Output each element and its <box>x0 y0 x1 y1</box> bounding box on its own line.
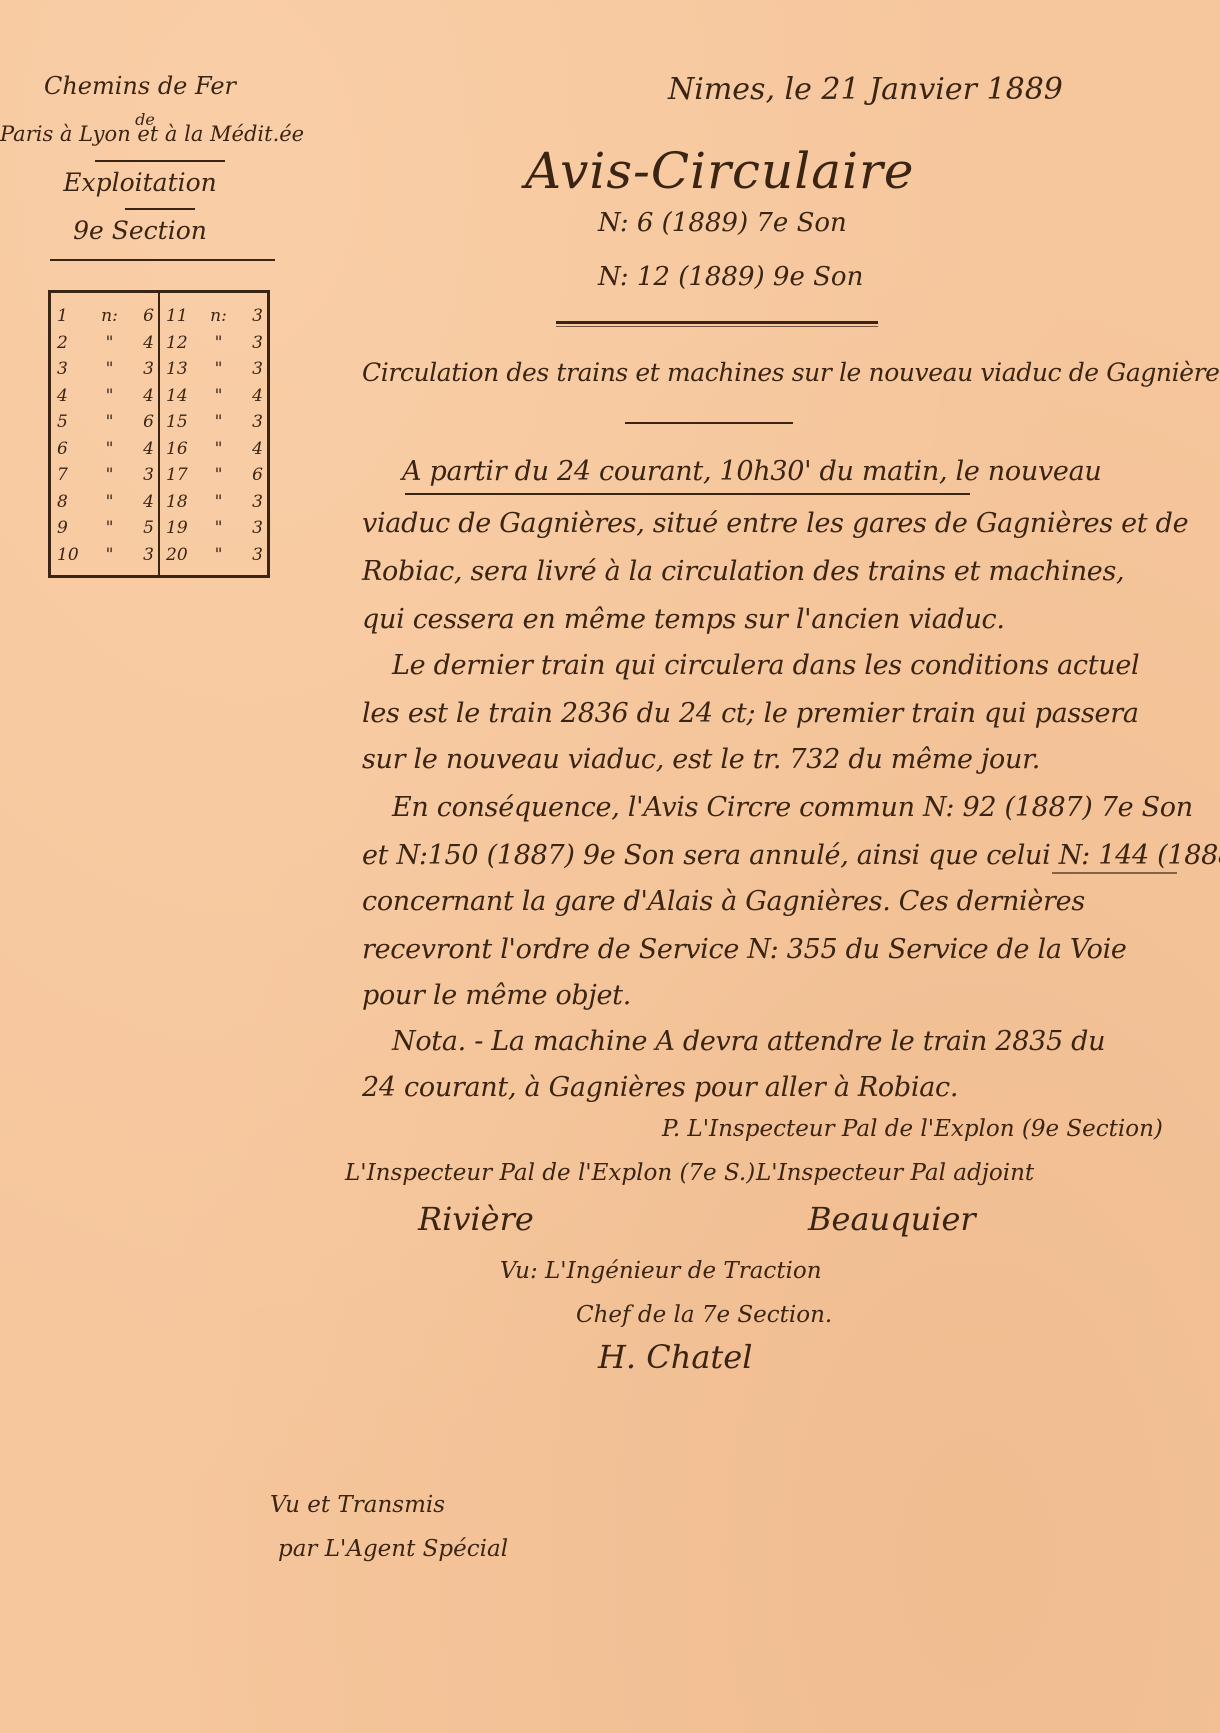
section-label: 9e Section <box>0 216 290 245</box>
table-row: 16"4 <box>166 436 263 463</box>
body-line: et N:150 (1887) 9e Son sera annulé, ains… <box>362 840 1220 871</box>
circular-number-1: N: 6 (1889) 7e Son <box>598 208 847 238</box>
transmission-line1: Vu et Transmis <box>270 1492 445 1518</box>
body-line: les est le train 2836 du 24 ct; le premi… <box>362 698 1139 729</box>
table-row: 4"4 <box>57 383 154 410</box>
department-exploitation: Exploitation <box>0 168 290 197</box>
title-divider <box>556 321 878 324</box>
table-row: 8"4 <box>57 489 154 516</box>
body-line: Robiac, sera livré à la circulation des … <box>362 556 1124 587</box>
body-line: A partir du 24 courant, 10h30' du matin,… <box>402 456 1101 487</box>
distribution-table: 1n:6 2"4 3"3 4"4 5"6 6"4 7"3 8"4 9"5 10"… <box>48 290 270 578</box>
distribution-column-right: 11n:3 12"3 13"3 14"4 15"3 16"4 17"6 18"3… <box>158 293 267 575</box>
subject-divider <box>625 422 793 424</box>
divider <box>50 259 275 261</box>
signature-right-title: L'Inspecteur Pal adjoint <box>756 1160 1034 1186</box>
body-line: qui cessera en même temps sur l'ancien v… <box>362 604 1005 635</box>
circular-number-2: N: 12 (1889) 9e Son <box>598 262 863 292</box>
table-row: 7"3 <box>57 462 154 489</box>
nota-line: Nota. - La machine A devra attendre le t… <box>392 1026 1105 1057</box>
title-divider-thin <box>556 326 878 327</box>
body-line: Le dernier train qui circulera dans les … <box>392 650 1139 681</box>
body-line: concernant la gare d'Alais à Gagnières. … <box>362 886 1085 917</box>
nota-line: 24 courant, à Gagnières pour aller à Rob… <box>362 1072 958 1103</box>
table-row: 11n:3 <box>166 303 263 330</box>
table-row: 14"4 <box>166 383 263 410</box>
signature-left-name: Rivière <box>418 1200 534 1238</box>
vu-engineer-title: Vu: L'Ingénieur de Traction <box>500 1258 822 1284</box>
date-line: Nimes, le 21 Janvier 1889 <box>668 72 1063 107</box>
document-title: Avis-Circulaire <box>525 142 915 200</box>
table-row: 3"3 <box>57 356 154 383</box>
divider <box>95 160 225 162</box>
table-row: 19"3 <box>166 515 263 542</box>
body-line: En conséquence, l'Avis Circre commun N: … <box>392 792 1193 823</box>
signature-pour-inspector: P. L'Inspecteur Pal de l'Explon (9e Sect… <box>662 1116 1163 1142</box>
table-row: 13"3 <box>166 356 263 383</box>
reference-underline <box>1052 872 1177 874</box>
vu-engineer-section: Chef de la 7e Section. <box>576 1302 832 1328</box>
distribution-column-left: 1n:6 2"4 3"3 4"4 5"6 6"4 7"3 8"4 9"5 10"… <box>51 293 158 575</box>
table-row: 2"4 <box>57 330 154 357</box>
table-row: 12"3 <box>166 330 263 357</box>
table-row: 10"3 <box>57 542 154 569</box>
table-row: 9"5 <box>57 515 154 542</box>
company-name: Chemins de Fer <box>0 72 290 100</box>
table-row: 20"3 <box>166 542 263 569</box>
vu-engineer-name: H. Chatel <box>598 1338 752 1376</box>
body-line: viaduc de Gagnières, situé entre les gar… <box>362 508 1188 539</box>
table-row: 6"4 <box>57 436 154 463</box>
transmission-line2: par L'Agent Spécial <box>278 1536 508 1562</box>
signature-right-name: Beauquier <box>808 1200 976 1238</box>
body-line: recevront l'ordre de Service N: 355 du S… <box>362 934 1127 965</box>
divider <box>125 208 195 210</box>
table-row: 18"3 <box>166 489 263 516</box>
table-row: 15"3 <box>166 409 263 436</box>
table-row: 1n:6 <box>57 303 154 330</box>
body-underline <box>405 493 970 495</box>
body-line: pour le même objet. <box>362 980 631 1011</box>
subject-line: Circulation des trains et machines sur l… <box>362 358 1220 387</box>
company-name-line2: Paris à Lyon et à la Médit.ée <box>0 122 300 146</box>
body-line: sur le nouveau viaduc, est le tr. 732 du… <box>362 744 1040 775</box>
table-row: 5"6 <box>57 409 154 436</box>
signature-left-title: L'Inspecteur Pal de l'Explon (7e S.) <box>345 1160 755 1186</box>
table-row: 17"6 <box>166 462 263 489</box>
